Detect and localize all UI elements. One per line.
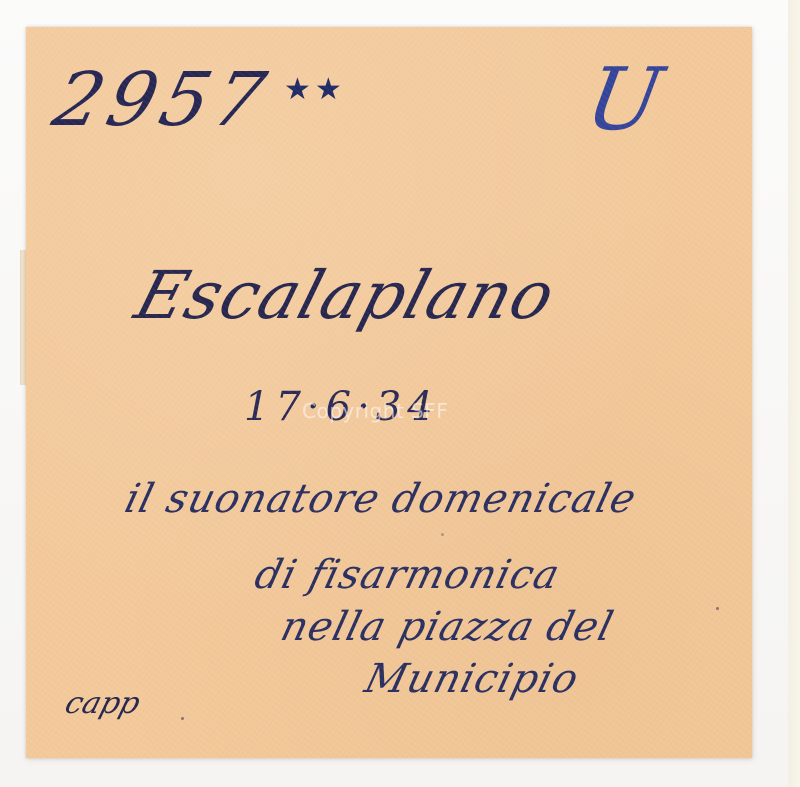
ink-speck xyxy=(716,607,719,610)
classification-letter: U xyxy=(580,57,668,143)
index-card: 2957 ★★ U Escalaplano 17·6·34 il suonato… xyxy=(26,27,752,758)
place-name: Escalaplano xyxy=(129,263,563,329)
description-line-2: di fisarmonica xyxy=(251,555,564,595)
initials: capp xyxy=(62,689,144,719)
description-line-4: Municipio xyxy=(361,659,583,699)
star-marks-icon: ★★ xyxy=(284,75,346,105)
copyright-watermark: Copyright SFF xyxy=(302,399,448,423)
adjacent-sheet-edge xyxy=(788,0,800,787)
description-line-1: il suonatore domenicale xyxy=(121,479,640,519)
description-line-3: nella piazza del xyxy=(277,607,618,647)
ink-speck xyxy=(181,717,184,720)
ink-speck xyxy=(441,533,444,536)
catalog-number: 2957 xyxy=(47,63,278,137)
